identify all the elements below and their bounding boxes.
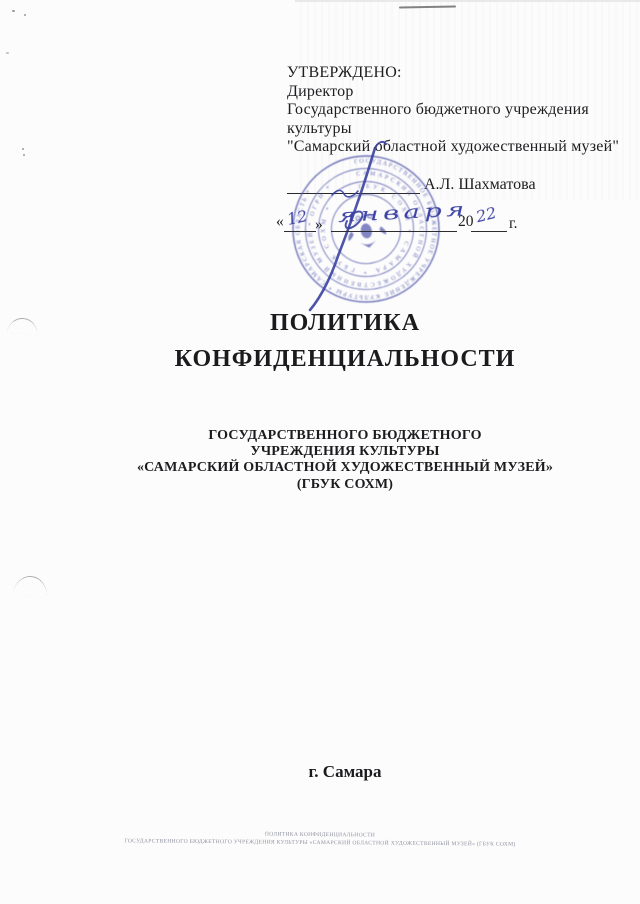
date-day-underline: [284, 231, 316, 232]
title-line-2: КОНФИДЕНЦИАЛЬНОСТИ: [50, 341, 640, 377]
signature-stroke: [280, 138, 440, 318]
title-line-1: ПОЛИТИКА: [50, 305, 640, 341]
scan-speck: [22, 148, 24, 150]
subtitle-line: УЧРЕЖДЕНИЯ КУЛЬТУРЫ: [50, 444, 640, 460]
subtitle-line: ГОСУДАРСТВЕННОГО БЮДЖЕТНОГО: [50, 428, 640, 444]
top-right-pen-line: [399, 6, 456, 9]
handwritten-year: 22: [474, 203, 498, 226]
approval-line: культуры: [287, 120, 627, 139]
scan-speck: [24, 14, 26, 16]
scanned-document-page: УТВЕРЖДЕНО: Директор Государственного бю…: [0, 0, 640, 904]
city-label: г. Самара: [50, 762, 640, 782]
date-year-prefix: 20: [458, 213, 474, 231]
approval-line: Директор: [287, 83, 627, 102]
scan-speck: [6, 52, 9, 54]
date-close-quote: »: [315, 216, 323, 234]
approval-line: УТВЕРЖДЕНО:: [287, 64, 627, 83]
document-title: ПОЛИТИКА КОНФИДЕНЦИАЛЬНОСТИ: [50, 305, 640, 377]
date-year-underline: [471, 231, 507, 232]
scan-speck: [23, 154, 25, 156]
scan-edge-artifact: [295, 0, 640, 2]
paper-curl-mark: [13, 574, 49, 599]
paper-curl-mark: [7, 316, 39, 335]
date-year-suffix: г.: [509, 215, 517, 233]
organization-subtitle: ГОСУДАРСТВЕННОГО БЮДЖЕТНОГО УЧРЕЖДЕНИЯ К…: [50, 428, 640, 493]
date-month-underline: [331, 231, 457, 232]
subtitle-line: (ГБУК СОХМ): [50, 477, 640, 493]
subtitle-line: «САМАРСКИЙ ОБЛАСТНОЙ ХУДОЖЕСТВЕННЫЙ МУЗЕ…: [50, 460, 640, 476]
signatory-name: А.Л. Шахматова: [424, 176, 536, 194]
scan-speck: [12, 10, 15, 12]
approval-line: Государственного бюджетного учреждения: [287, 101, 627, 120]
date-open-quote: «: [276, 213, 284, 231]
document-footer: ПОЛИТИКА КОНФИДЕНЦИАЛЬНОСТИ ГОСУДАРСТВЕН…: [0, 828, 640, 850]
